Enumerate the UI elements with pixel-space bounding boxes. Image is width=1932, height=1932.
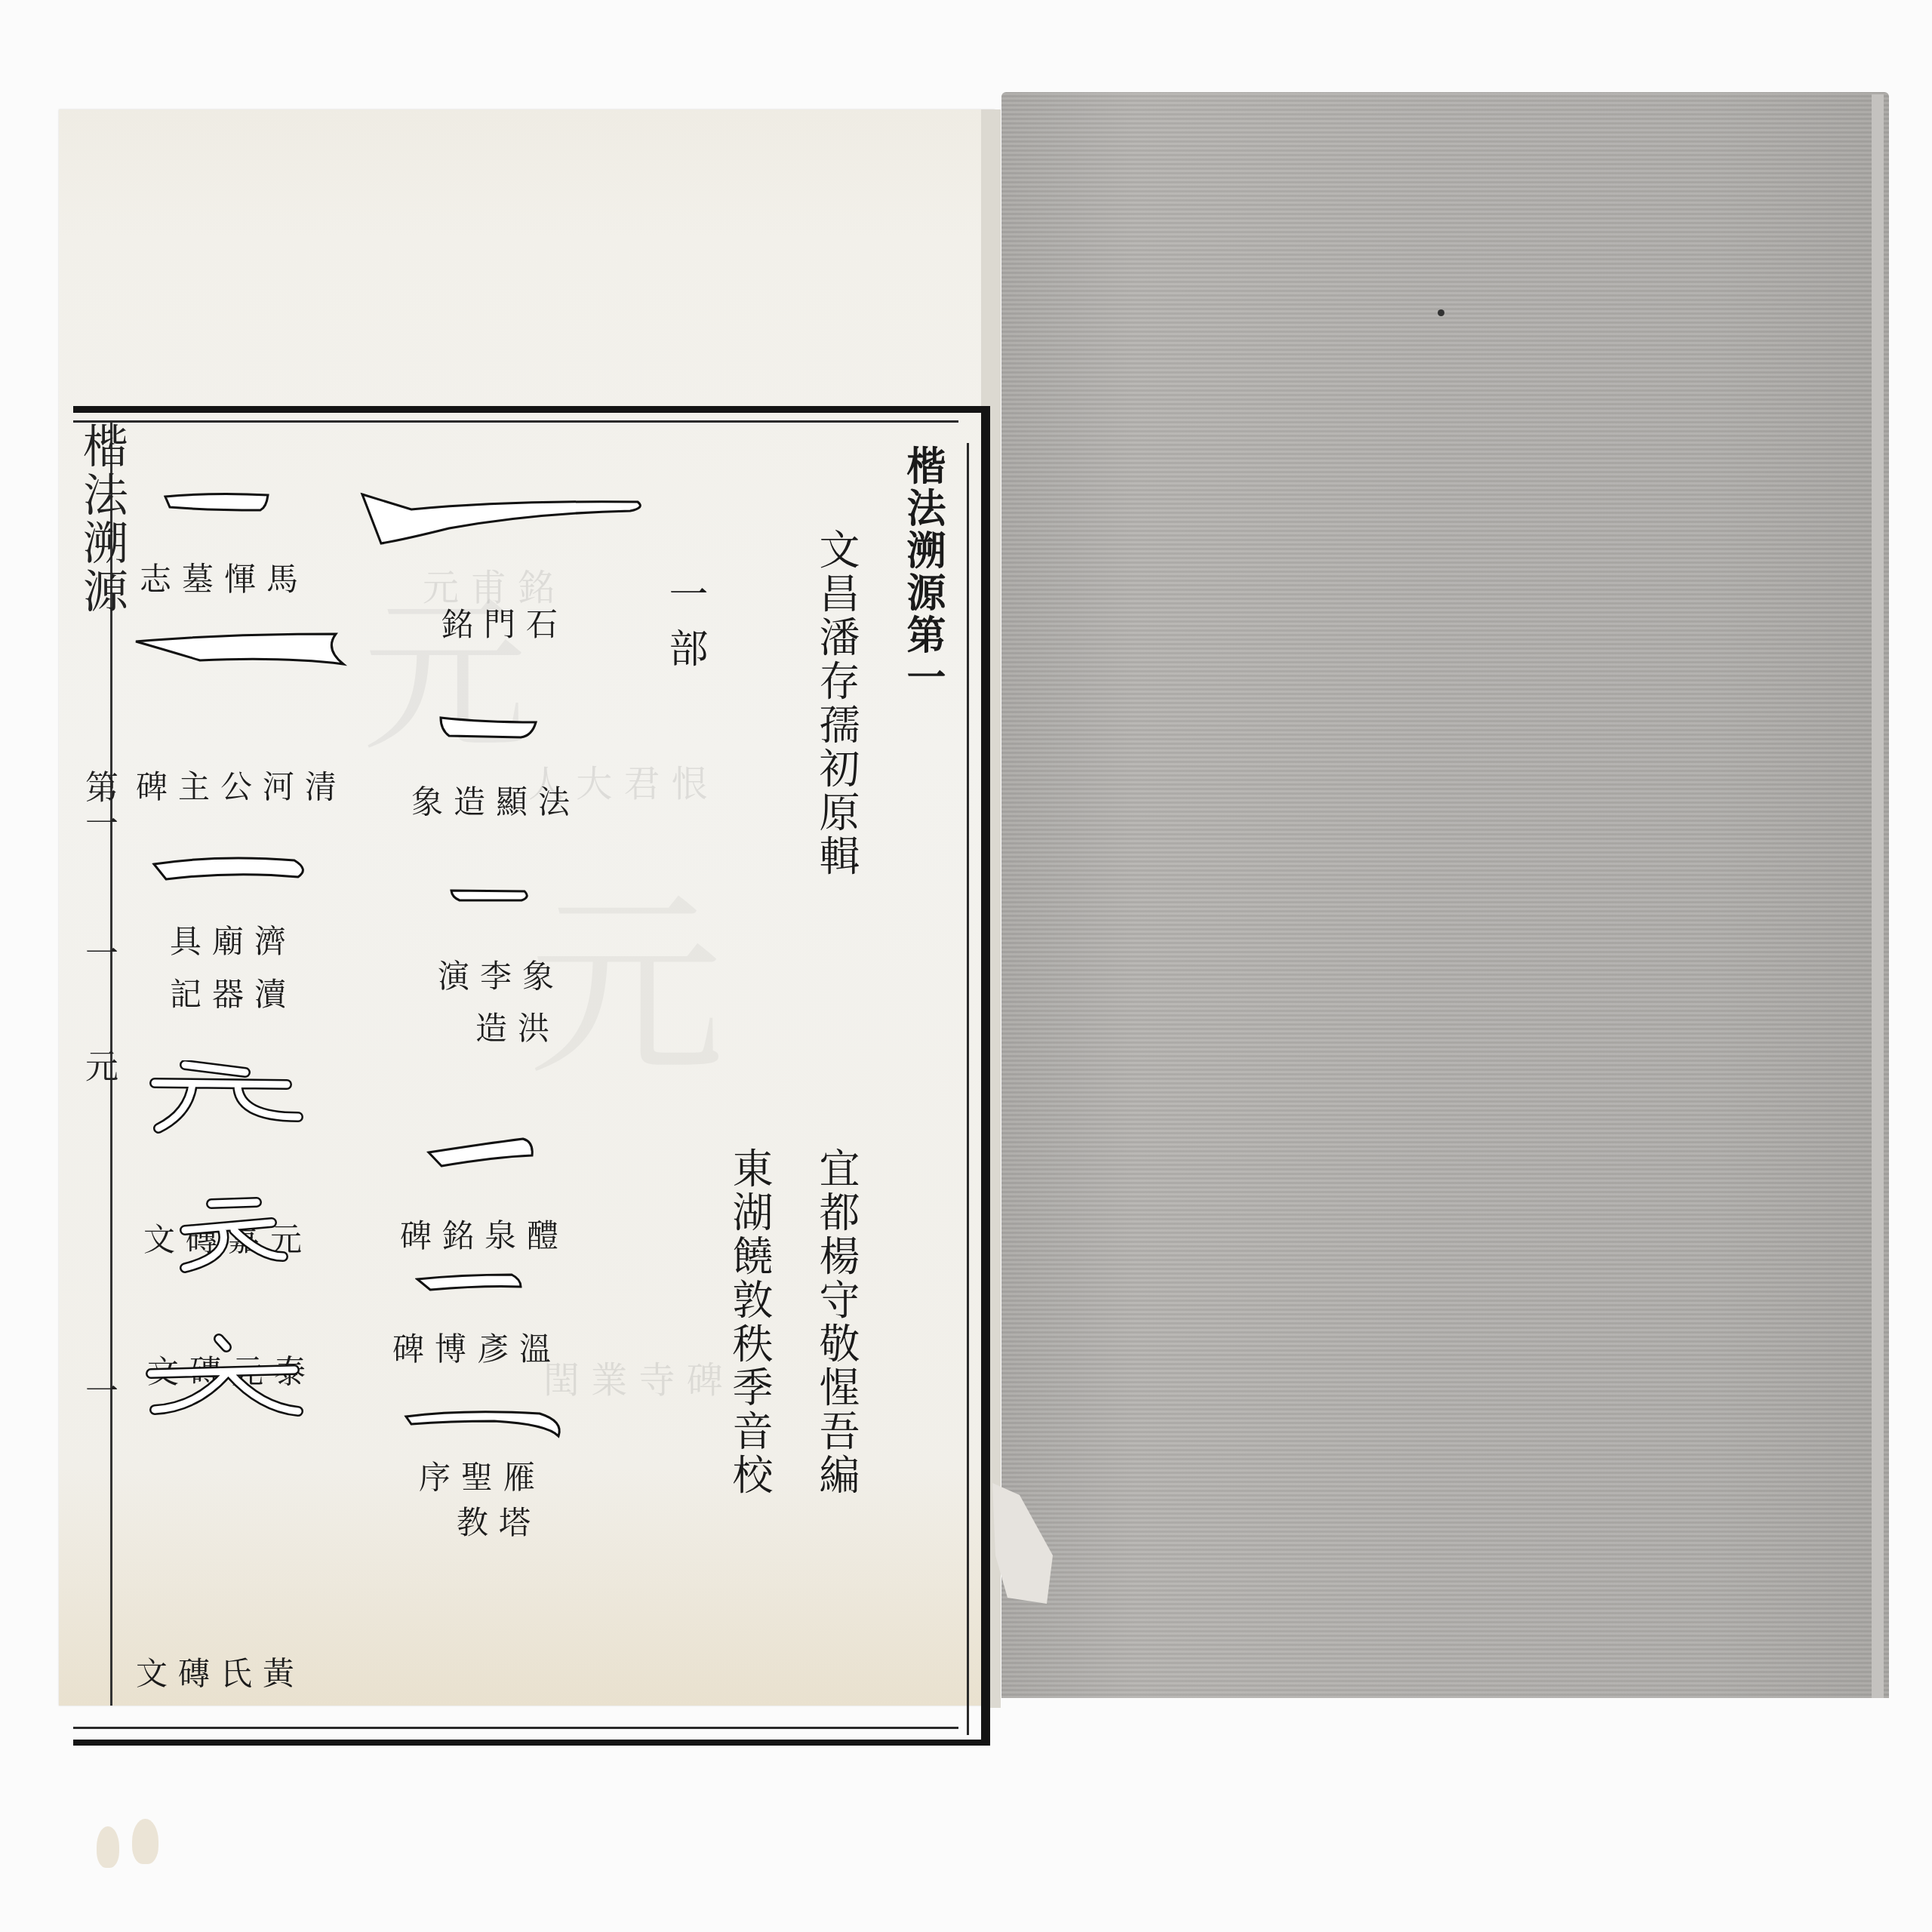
- section-label: 一部: [657, 574, 713, 682]
- glyph-yuan-huangshi: [136, 1328, 309, 1419]
- glyph-yi-lihong: [449, 887, 532, 909]
- running-title: 楷法溯源第一: [894, 445, 951, 699]
- glyph-yi-liquan: [426, 1136, 540, 1174]
- credit-editor: 宜都楊守敬惺吾編: [808, 1147, 866, 1497]
- gutter-title: 楷法溯源: [69, 423, 134, 616]
- glyph-yi-wenyanbo: [415, 1272, 528, 1302]
- caption-qinghe-gongzhu-bei: 清河公主碑: [136, 762, 347, 808]
- ink-speck: [1438, 309, 1444, 316]
- caption-lihong-line1: 象李演: [438, 955, 565, 998]
- caption-jidu-line2: 瀆器記: [170, 970, 297, 1015]
- glyph-yi-qinghe: [132, 626, 351, 672]
- water-stain: [97, 1826, 119, 1868]
- caption-wen-yanbo-bei: 溫彥博碑: [392, 1324, 561, 1370]
- frame-rule-right: [967, 443, 969, 1735]
- water-stain: [132, 1819, 158, 1864]
- caption-shimen-ming: 石門銘: [441, 600, 568, 645]
- glyph-yuan-taiyuan: [147, 1196, 298, 1279]
- right-page-edge: [1872, 94, 1884, 1698]
- gutter-section: 一: [74, 936, 122, 972]
- glyph-yi-faxian: [438, 713, 543, 743]
- caption-mayun-muzhi: 馬惲墓志: [140, 555, 309, 600]
- gutter-chapter: 第一: [74, 770, 122, 842]
- right-page-cover: [1001, 92, 1889, 1698]
- glyph-yi-mayun: [162, 491, 275, 521]
- caption-huangshi-zhuanwen: 黃氏磚文: [136, 1649, 305, 1694]
- caption-yanta-line2: 塔教: [457, 1498, 541, 1543]
- caption-lihong-line2: 洪造: [475, 1004, 560, 1049]
- caption-yanta-line1: 雁聖序: [419, 1453, 546, 1498]
- glyph-yi-shimen: [358, 487, 645, 547]
- caption-lihong-tail: 象: [522, 958, 565, 995]
- credit-compiler: 文昌潘存孺初原輯: [808, 528, 866, 878]
- caption-jidu-line1: 濟廟具: [170, 917, 297, 962]
- gutter-char: 元: [74, 1049, 122, 1085]
- glyph-yi-jidu: [151, 853, 309, 887]
- gutter-page: 一: [74, 1374, 122, 1410]
- glyph-yi-yanta: [404, 1407, 566, 1441]
- credit-proofreader: 東湖饒敦秩季音校: [721, 1147, 779, 1497]
- caption-liquan-mingbei: 醴泉銘碑: [400, 1211, 569, 1257]
- caption-lihong-top: 李演: [438, 958, 522, 995]
- caption-faxian-zaoxiang: 法顯造象: [411, 777, 580, 823]
- glyph-yuan-yuanjia: [147, 1060, 313, 1136]
